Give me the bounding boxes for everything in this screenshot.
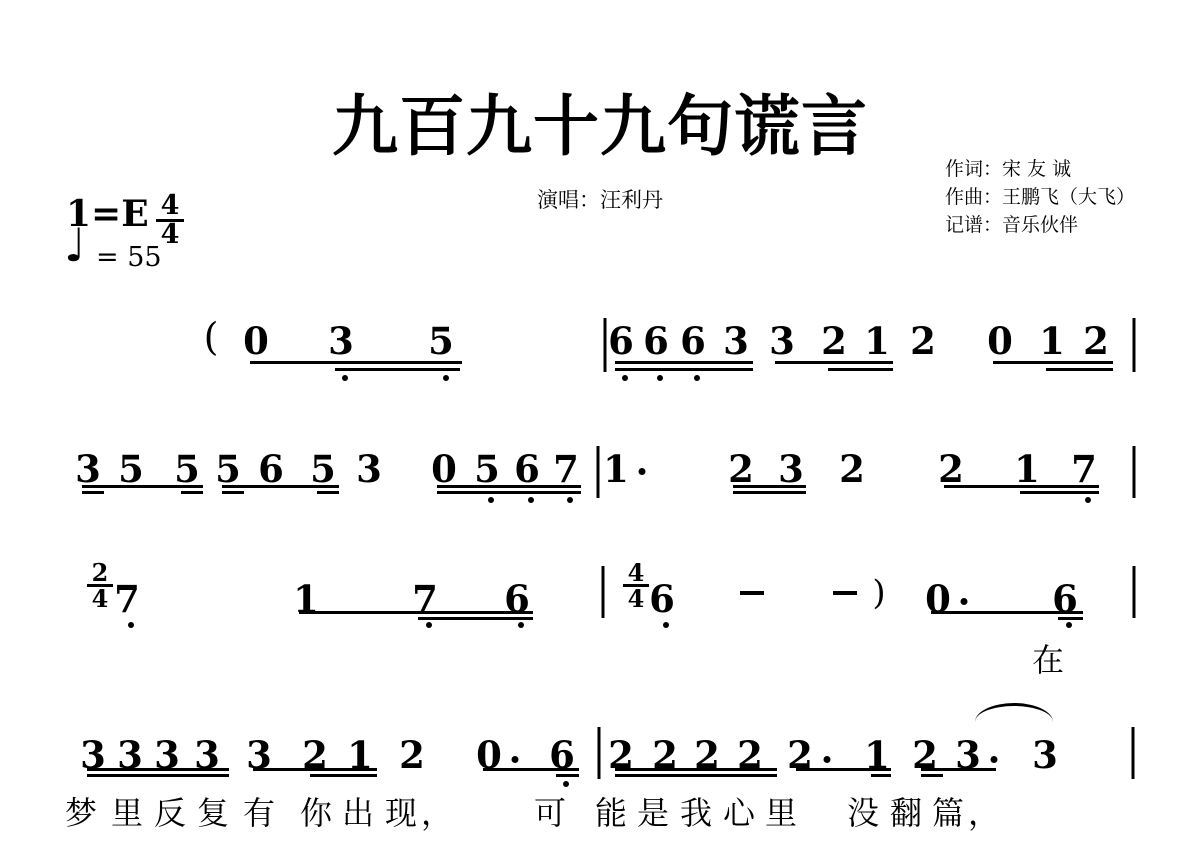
- note-digit: 2: [399, 738, 425, 772]
- credit-notation: 记谱：音乐伙伴: [945, 211, 1135, 239]
- beam-line: [828, 368, 893, 371]
- beam-line: [335, 368, 460, 371]
- note-digit: 3: [955, 738, 981, 772]
- barline: [1133, 318, 1136, 372]
- octave-dot: [443, 375, 449, 381]
- beam-line: [921, 768, 996, 771]
- beam-line: [796, 768, 891, 771]
- lyric-char: 反: [154, 797, 186, 829]
- note-digit: 3: [356, 452, 382, 486]
- beam-line: [733, 491, 806, 494]
- barline: [1133, 446, 1136, 498]
- note-digit: 3: [80, 738, 106, 772]
- octave-dot: [663, 622, 669, 628]
- tempo-value: = 55: [96, 244, 162, 271]
- note-digit: 6: [643, 324, 669, 358]
- lyric-char: 能: [595, 797, 627, 829]
- beam-line: [1046, 368, 1113, 371]
- beam-line: [253, 768, 377, 771]
- note-digit: 2: [652, 738, 678, 772]
- time-signature-main: 4 4: [156, 194, 184, 247]
- note-digit: 7: [114, 582, 140, 616]
- dash-extension: [833, 591, 857, 595]
- note-digit: 5: [428, 324, 454, 358]
- beam-line: [483, 768, 579, 771]
- beam-line: [310, 774, 377, 777]
- beam-line: [733, 485, 806, 488]
- lyric-char: 是: [637, 797, 669, 829]
- note-digit: 0: [987, 324, 1013, 358]
- note-digit: 1: [864, 738, 890, 772]
- lyric-char: 复: [197, 797, 229, 829]
- note-digit: 2: [910, 324, 936, 358]
- lyric-char: 梦: [65, 797, 97, 829]
- note-digit: 3: [778, 452, 804, 486]
- octave-dot: [128, 622, 134, 628]
- note-digit: 2: [737, 738, 763, 772]
- lyric-char: 我: [680, 797, 712, 829]
- beam-line: [317, 491, 339, 494]
- beam-line: [437, 485, 581, 488]
- note-digit: 3: [328, 324, 354, 358]
- beam-line: [82, 485, 203, 488]
- note-digit: 3: [246, 738, 272, 772]
- beam-line: [250, 361, 462, 364]
- octave-dot: [1085, 497, 1091, 503]
- note-digit: 2: [821, 324, 847, 358]
- time-sig-denominator: 4: [87, 588, 113, 609]
- augmentation-dot: [991, 756, 998, 763]
- note-digit: 3: [769, 324, 795, 358]
- note-digit: 2: [302, 738, 328, 772]
- lyric-char: 出: [342, 797, 374, 829]
- beam-line: [1058, 617, 1083, 620]
- beam-line: [993, 361, 1113, 364]
- beam-line: [615, 768, 777, 771]
- note-digit: 6: [514, 452, 540, 486]
- octave-dot: [563, 781, 569, 787]
- beam-line: [222, 491, 244, 494]
- note-digit: 6: [680, 324, 706, 358]
- barline: [1132, 727, 1135, 779]
- barline: [602, 566, 605, 618]
- lyric-char: 心: [723, 797, 755, 829]
- note-digit: 3: [194, 738, 220, 772]
- beam-line: [181, 491, 203, 494]
- note-digit: 6: [549, 738, 575, 772]
- time-sig-numerator: 4: [623, 562, 649, 583]
- note-digit: 2: [912, 738, 938, 772]
- time-signature: 44: [623, 562, 649, 609]
- note-digit: 1: [1039, 324, 1065, 358]
- note-digit: 7: [553, 452, 579, 486]
- beam-line: [615, 774, 777, 777]
- note-digit: 0: [243, 324, 269, 358]
- lyric-char: 篇: [932, 797, 964, 829]
- time-sig-denominator: 4: [623, 588, 649, 609]
- octave-dot: [567, 497, 573, 503]
- note-digit: 2: [839, 452, 865, 486]
- octave-dot: [342, 375, 348, 381]
- note-digit: 2: [608, 738, 634, 772]
- note-digit: 1: [347, 738, 373, 772]
- note-digit: 0: [476, 738, 502, 772]
- barline: [604, 318, 607, 372]
- credits-block: 作词：宋 友 诚 作曲：王鹏飞（大飞） 记谱：音乐伙伴: [945, 155, 1135, 239]
- lyric-char: 有: [243, 797, 275, 829]
- octave-dot: [488, 497, 494, 503]
- beam-line: [615, 368, 753, 371]
- beam-line: [871, 774, 891, 777]
- beam-line: [944, 485, 1099, 488]
- note-digit: 2: [1083, 324, 1109, 358]
- note-digit: 3: [154, 738, 180, 772]
- note-digit: 5: [474, 452, 500, 486]
- note-digit: 1: [864, 324, 890, 358]
- lyric-char: 现: [385, 797, 417, 829]
- time-sig-numerator: 2: [87, 562, 113, 583]
- note-digit: 5: [118, 452, 144, 486]
- lyric-char: 没: [847, 797, 879, 829]
- barline: [598, 727, 601, 779]
- credit-lyricist: 作词：宋 友 诚: [945, 155, 1135, 183]
- beam-line: [615, 361, 753, 364]
- augmentation-dot: [639, 468, 646, 475]
- beam-line: [1020, 491, 1099, 494]
- note-digit: 3: [1032, 738, 1058, 772]
- lyric-char: 可: [534, 797, 566, 829]
- note-digit: 5: [174, 452, 200, 486]
- octave-dot: [1066, 622, 1072, 628]
- beam-line: [222, 485, 339, 488]
- note-digit: 3: [723, 324, 749, 358]
- note-digit: 7: [1071, 452, 1097, 486]
- note-digit: 0: [431, 452, 457, 486]
- lyric-char: 在: [1032, 644, 1064, 676]
- dash-extension: [740, 591, 764, 595]
- phrase-paren: (: [204, 318, 219, 356]
- lyric-char: ，: [968, 797, 1000, 829]
- lyric-char: ，: [421, 797, 453, 829]
- lyric-char: 翻: [890, 797, 922, 829]
- augmentation-dot: [512, 756, 519, 763]
- augmentation-dot: [961, 598, 968, 605]
- quarter-note-icon: ♩: [64, 222, 86, 268]
- lyric-char: 里: [765, 797, 797, 829]
- note-digit: 1: [603, 452, 629, 486]
- note-digit: 6: [608, 324, 634, 358]
- beam-line: [556, 774, 579, 777]
- barline: [1133, 566, 1136, 618]
- octave-dot: [622, 375, 628, 381]
- tie-slur: [975, 703, 1053, 722]
- note-digit: 6: [649, 582, 675, 616]
- note-digit: 2: [694, 738, 720, 772]
- barline: [597, 446, 600, 498]
- beam-line: [418, 617, 533, 620]
- sheet-music-page: 九百九十九句谎言 演唱：汪利丹 作词：宋 友 诚 作曲：王鹏飞（大飞） 记谱：音…: [0, 0, 1200, 850]
- beam-line: [921, 774, 943, 777]
- octave-dot: [694, 375, 700, 381]
- note-digit: 2: [787, 738, 813, 772]
- note-digit: 3: [75, 452, 101, 486]
- octave-dot: [426, 622, 432, 628]
- octave-dot: [528, 497, 534, 503]
- beam-line: [299, 611, 533, 614]
- augmentation-dot: [824, 756, 831, 763]
- note-digit: 3: [117, 738, 143, 772]
- beam-line: [87, 774, 229, 777]
- credit-composer: 作曲：王鹏飞（大飞）: [945, 183, 1135, 211]
- octave-dot: [518, 622, 524, 628]
- phrase-paren: ): [872, 576, 885, 610]
- note-digit: 5: [215, 452, 241, 486]
- beam-line: [775, 361, 893, 364]
- note-digit: 6: [258, 452, 284, 486]
- note-digit: 5: [310, 452, 336, 486]
- beam-line: [931, 611, 1083, 614]
- time-signature: 24: [87, 562, 113, 609]
- note-digit: 1: [1014, 452, 1040, 486]
- lyric-char: 里: [111, 797, 143, 829]
- note-digit: 2: [728, 452, 754, 486]
- beam-line: [82, 491, 104, 494]
- octave-dot: [657, 375, 663, 381]
- lyric-char: 你: [300, 797, 332, 829]
- beam-line: [437, 491, 581, 494]
- time-sig-numerator: 4: [156, 194, 184, 218]
- note-digit: 2: [938, 452, 964, 486]
- beam-line: [87, 768, 229, 771]
- song-title: 九百九十九句谎言: [0, 90, 1200, 163]
